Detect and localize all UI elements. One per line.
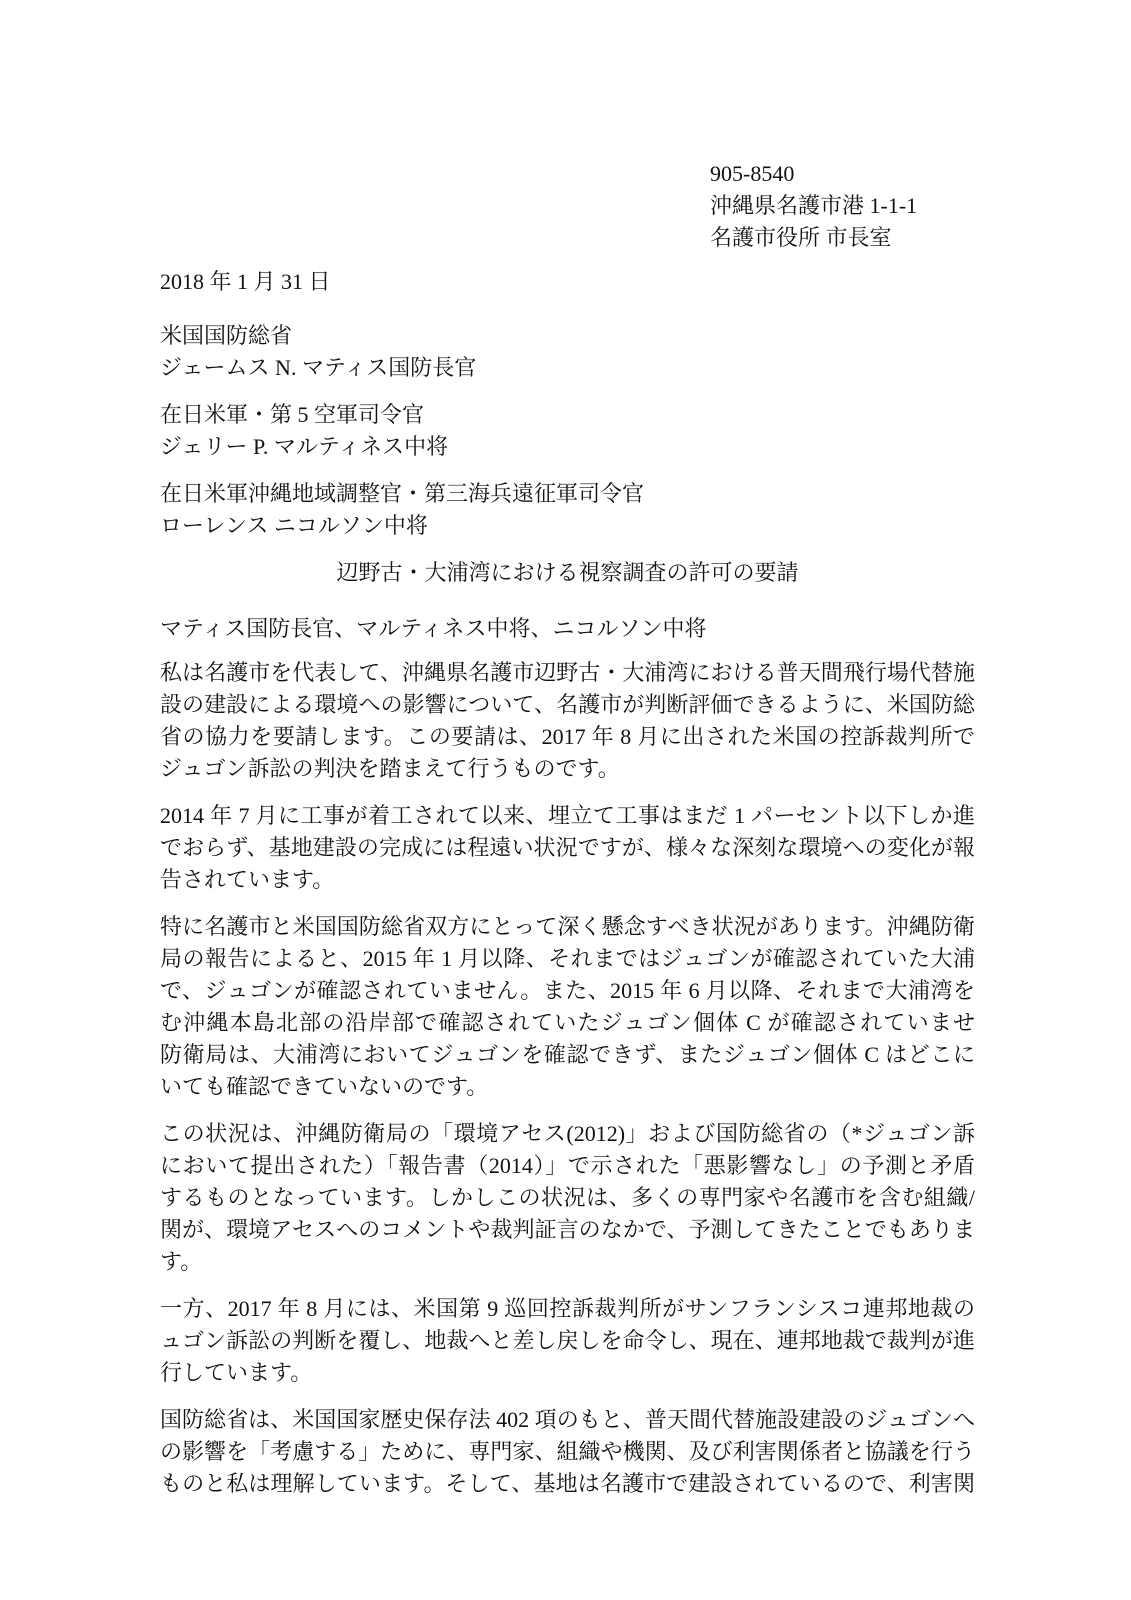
body-paragraph: 国防総省は、米国国家歴史保存法 402 項のもと、普天間代替施設建設のジュゴンへ… [160, 1404, 975, 1500]
paragraph-line: 2014 年 7 月に工事が着工されて以来、埋立て工事はまだ 1 パーセント以下… [160, 800, 975, 832]
paragraph-line: するものとなっています。しかしこの状況は、多くの専門家や名護市を含む組織/機 [160, 1182, 975, 1214]
paragraph-line: 省の協力を要請します。この要請は、2017 年 8 月に出された米国の控訴裁判所… [160, 721, 975, 753]
recipient-block: 米国国防総省ジェームス N. マティス国防長官 [160, 320, 975, 384]
paragraph-line: でおらず、基地建設の完成には程遠い状況ですが、様々な深刻な環境への変化が報 [160, 832, 975, 864]
paragraph-line: で、ジュゴンが確認されていません。また、2015 年 6 月以降、それまで大浦湾… [160, 975, 975, 1007]
sender-postal-code: 905-8540 [710, 158, 975, 190]
body-paragraph: この状況は、沖縄防衛局の「環境アセス(2012)」および国防総省の（*ジュゴン訴… [160, 1118, 975, 1278]
recipient-org: 在日米軍沖縄地域調整官・第三海兵遠征軍司令官 [160, 478, 975, 510]
recipient-block: 在日米軍沖縄地域調整官・第三海兵遠征軍司令官ローレンス ニコルソン中将 [160, 478, 975, 542]
sender-address: 沖縄県名護市港 1-1-1 [710, 190, 975, 222]
subject-line: 辺野古・大浦湾における視察調査の許可の要請 [160, 557, 975, 589]
paragraph-line: 防衛局は、大浦湾においてジュゴンを確認できず、またジュゴン個体 C はどこにお [160, 1039, 975, 1071]
recipient-block: 在日米軍・第 5 空軍司令官ジェリー P. マルティネス中将 [160, 399, 975, 463]
sender-office: 名護市役所 市長室 [710, 222, 975, 254]
paragraph-line: ジュゴン訴訟の判決を踏まえて行うものです。 [160, 753, 975, 785]
body-paragraph: 特に名護市と米国国防総省双方にとって深く懸念すべき状況があります。沖縄防衛局の報… [160, 911, 975, 1103]
paragraph-line: において提出された）「報告書（2014）」で示された「悪影響なし」の予測と矛盾 [160, 1150, 975, 1182]
paragraph-line: む沖縄本島北部の沿岸部で確認されていたジュゴン個体 C が確認されていません。 [160, 1007, 975, 1039]
recipient-org: 米国国防総省 [160, 320, 975, 352]
paragraph-line: 行しています。 [160, 1357, 975, 1389]
paragraph-line: この状況は、沖縄防衛局の「環境アセス(2012)」および国防総省の（*ジュゴン訴… [160, 1118, 975, 1150]
paragraph-line: 告されています。 [160, 864, 975, 896]
body-paragraph: 一方、2017 年 8 月には、米国第 9 巡回控訴裁判所がサンフランシスコ連邦… [160, 1293, 975, 1389]
letter-body: 私は名護市を代表して、沖縄県名護市辺野古・大浦湾における普天間飛行場代替施設の建… [160, 657, 975, 1500]
recipient-person: ジェリー P. マルティネス中将 [160, 431, 975, 463]
letter-page: 905-8540 沖縄県名護市港 1-1-1 名護市役所 市長室 2018 年 … [0, 0, 1131, 1600]
body-paragraph: 私は名護市を代表して、沖縄県名護市辺野古・大浦湾における普天間飛行場代替施設の建… [160, 657, 975, 785]
paragraph-line: 設の建設による環境への影響について、名護市が判断評価できるように、米国防総 [160, 689, 975, 721]
paragraph-line: ものと私は理解しています。そして、基地は名護市で建設されているので、利害関 [160, 1468, 975, 1500]
date-line: 2018 年 1 月 31 日 [160, 266, 975, 298]
recipient-person: ローレンス ニコルソン中将 [160, 510, 975, 542]
paragraph-line: 一方、2017 年 8 月には、米国第 9 巡回控訴裁判所がサンフランシスコ連邦… [160, 1293, 975, 1325]
paragraph-line: いても確認できていないのです。 [160, 1071, 975, 1103]
recipient-org: 在日米軍・第 5 空軍司令官 [160, 399, 975, 431]
paragraph-line: 特に名護市と米国国防総省双方にとって深く懸念すべき状況があります。沖縄防衛 [160, 911, 975, 943]
paragraph-line: 局の報告によると、2015 年 1 月以降、それまではジュゴンが確認されていた大… [160, 943, 975, 975]
paragraph-line: ュゴン訴訟の判断を覆し、地裁へと差し戻しを命令し、現在、連邦地裁で裁判が進 [160, 1325, 975, 1357]
recipients-list: 米国国防総省ジェームス N. マティス国防長官在日米軍・第 5 空軍司令官ジェリ… [160, 320, 975, 542]
paragraph-line: 国防総省は、米国国家歴史保存法 402 項のもと、普天間代替施設建設のジュゴンへ [160, 1404, 975, 1436]
sender-address-block: 905-8540 沖縄県名護市港 1-1-1 名護市役所 市長室 [710, 158, 975, 254]
paragraph-line: す。 [160, 1246, 975, 1278]
paragraph-line: の影響を「考慮する」ために、専門家、組織や機関、及び利害関係者と協議を行う [160, 1436, 975, 1468]
salutation-line: マティス国防長官、マルティネス中将、ニコルソン中将 [160, 613, 975, 645]
paragraph-line: 関が、環境アセスへのコメントや裁判証言のなかで、予測してきたことでもありま [160, 1214, 975, 1246]
body-paragraph: 2014 年 7 月に工事が着工されて以来、埋立て工事はまだ 1 パーセント以下… [160, 800, 975, 896]
recipient-person: ジェームス N. マティス国防長官 [160, 352, 975, 384]
paragraph-line: 私は名護市を代表して、沖縄県名護市辺野古・大浦湾における普天間飛行場代替施 [160, 657, 975, 689]
